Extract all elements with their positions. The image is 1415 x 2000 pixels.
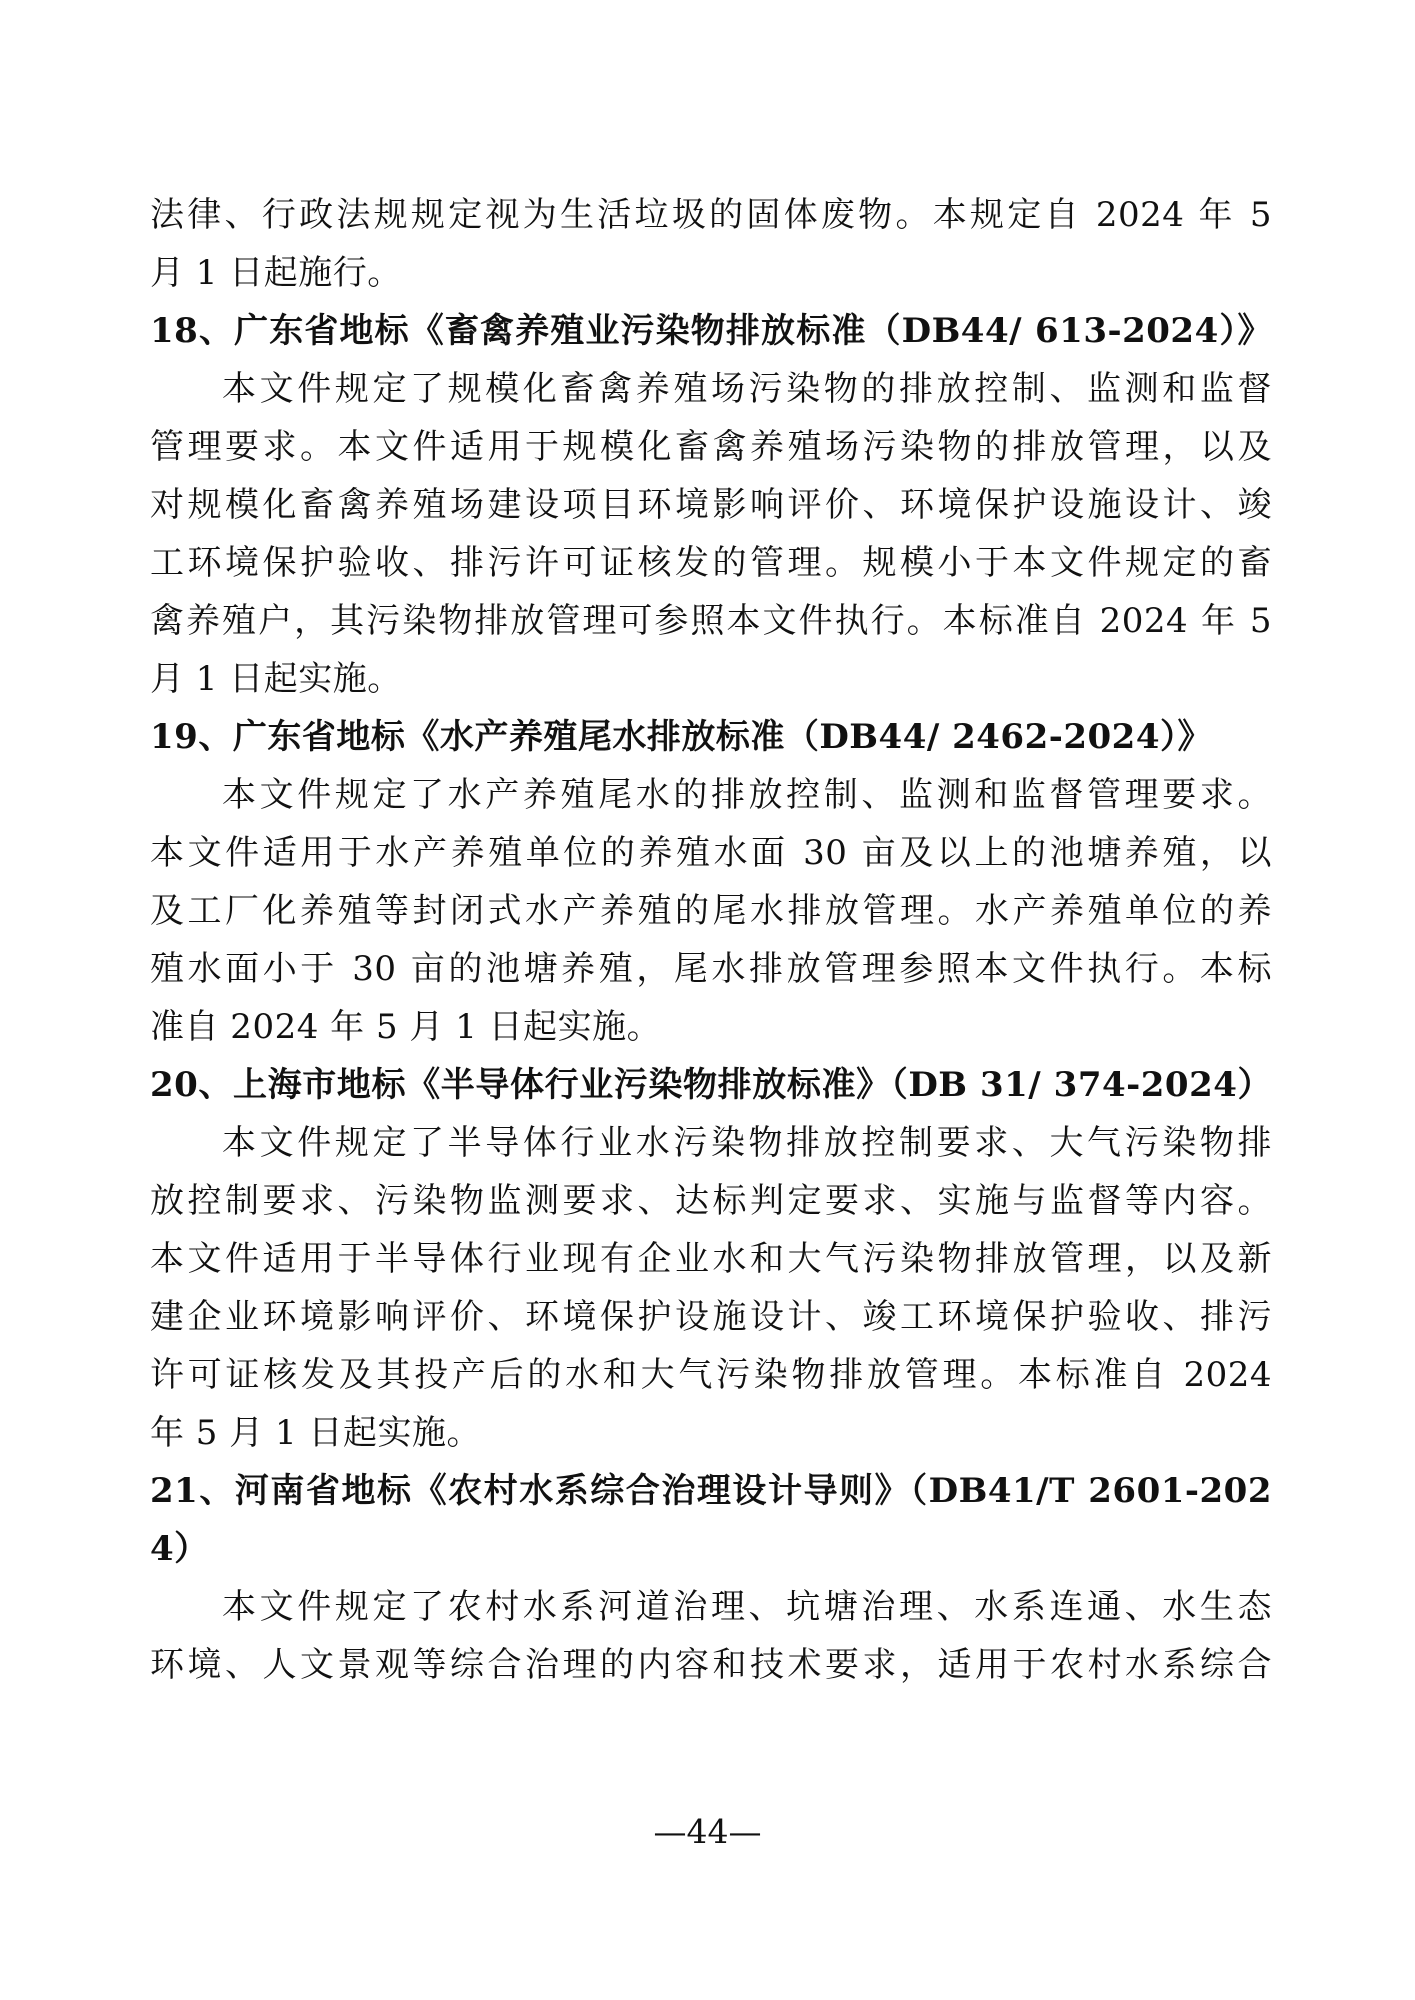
body-line: 准自 2024 年 5 月 1 日起实施。 [150,998,1272,1056]
body-line: 放控制要求、污染物监测要求、达标判定要求、实施与监督等内容。 [150,1172,1272,1230]
item-20-heading: 20、上海市地标《半导体行业污染物排放标准》（DB 31/ 374-2024） [150,1056,1272,1114]
item-18-heading: 18、广东省地标《畜禽养殖业污染物排放标准（DB44/ 613-2024）》 [150,302,1272,360]
body-line: 本文件规定了规模化畜禽养殖场污染物的排放控制、监测和监督 [150,360,1272,418]
body-line: 工环境保护验收、排污许可证核发的管理。规模小于本文件规定的畜 [150,534,1272,592]
body-line: 禽养殖户，其污染物排放管理可参照本文件执行。本标准自 2024 年 5 [150,592,1272,650]
body-line: 对规模化畜禽养殖场建设项目环境影响评价、环境保护设施设计、竣 [150,476,1272,534]
body-line: 本文件适用于半导体行业现有企业水和大气污染物排放管理，以及新 [150,1230,1272,1288]
page-number: —44— [0,1812,1415,1852]
body-line: 月 1 日起施行。 [150,244,1272,302]
body-line: 本文件规定了水产养殖尾水的排放控制、监测和监督管理要求。 [150,766,1272,824]
body-line: 建企业环境影响评价、环境保护设施设计、竣工环境保护验收、排污 [150,1288,1272,1346]
document-page: { "page": { "lines": [ {"text": "法律、行政法规… [0,0,1415,2000]
body-line: 年 5 月 1 日起实施。 [150,1404,1272,1462]
item-19-heading: 19、广东省地标《水产养殖尾水排放标准（DB44/ 2462-2024）》 [150,708,1272,766]
body-line: 本文件规定了农村水系河道治理、坑塘治理、水系连通、水生态 [150,1578,1272,1636]
body-line: 本文件规定了半导体行业水污染物排放控制要求、大气污染物排 [150,1114,1272,1172]
text-block: 法律、行政法规规定视为生活垃圾的固体废物。本规定自 2024 年 5 月 1 日… [150,186,1272,1694]
item-21-heading: 21、河南省地标《农村水系综合治理设计导则》（DB41/T 2601-202 [150,1462,1272,1520]
body-line: 环境、人文景观等综合治理的内容和技术要求，适用于农村水系综合 [150,1636,1272,1694]
body-line: 及工厂化养殖等封闭式水产养殖的尾水排放管理。水产养殖单位的养 [150,882,1272,940]
item-21-heading: 4） [150,1520,1272,1578]
body-line: 管理要求。本文件适用于规模化畜禽养殖场污染物的排放管理，以及 [150,418,1272,476]
body-line: 许可证核发及其投产后的水和大气污染物排放管理。本标准自 2024 [150,1346,1272,1404]
body-line: 殖水面小于 30 亩的池塘养殖，尾水排放管理参照本文件执行。本标 [150,940,1272,998]
body-line: 月 1 日起实施。 [150,650,1272,708]
body-line: 本文件适用于水产养殖单位的养殖水面 30 亩及以上的池塘养殖，以 [150,824,1272,882]
body-line: 法律、行政法规规定视为生活垃圾的固体废物。本规定自 2024 年 5 [150,186,1272,244]
